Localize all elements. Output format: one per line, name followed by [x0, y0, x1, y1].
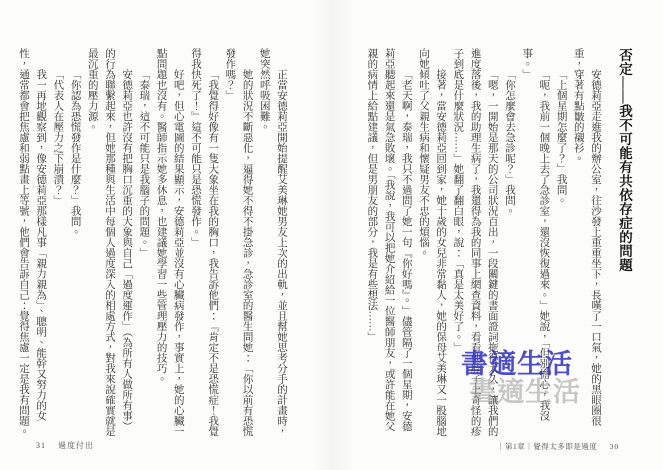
- body-paragraph: 接著，當安德莉亞回到家，她十歲的女兒非常黏人，她的保母艾美琳又一股腦地向她傾吐了…: [415, 48, 449, 438]
- body-paragraph: 「你怎麼會去急診呢？」我問。: [501, 48, 518, 438]
- running-book-title: 過度付出: [58, 441, 94, 450]
- body-paragraph: 安德莉亞走進我的辦公室，往沙發上重重坐下，長嘆了一口氣，她的黑眼圈很重，穿著有點…: [570, 48, 604, 438]
- body-paragraph: 「你認為恐慌發作是什麼？」我問。: [66, 48, 83, 438]
- book-scan-spread: 否定——我不可能有共依存症的問題 安德莉亞走進我的辦公室，往沙發上重重坐下，長嘆…: [0, 0, 663, 470]
- right-page-text-block: 否定——我不可能有共依存症的問題 安德莉亞走進我的辦公室，往沙發上重重坐下，長嘆…: [341, 48, 635, 438]
- page-number: 30: [610, 442, 620, 451]
- body-paragraph: 「老天啊，泰瑞，我只不過問了她一句『你好嗎』。」儘管隔了一個星期，安德莉亞聽起來…: [363, 48, 415, 438]
- body-paragraph: 我一再地觀察到，像安德莉亞那樣凡事「親力親為」、聰明、能幹又努力的女性，通常都會…: [15, 48, 49, 438]
- section-heading: 否定——我不可能有共依存症的問題: [613, 48, 635, 438]
- left-page-text-block: 正當安德莉亞開始提醒艾美琳她男友上次的出軌，並且幫她思考分手的計畫時，她突然呼吸…: [18, 48, 290, 438]
- body-paragraph: 「代表人在壓力之下崩潰？」: [49, 48, 66, 438]
- body-paragraph: 好吧，但心電圖的結果顯示，安德莉亞並沒有心臟病發作，事實上，她的心臟一點問題也沒…: [152, 48, 186, 438]
- left-page-footer: 31 過度付出: [36, 440, 94, 451]
- body-paragraph: 正當安德莉亞開始提醒艾美琳她男友上次的出軌，並且幫她思考分手的計畫時，她突然呼吸…: [256, 48, 290, 438]
- body-paragraph: 「呃，我前一個晚上去了急診室，還沒恢復過來。」她說，「但別擔心，我沒事。」: [518, 48, 552, 438]
- body-paragraph: 「上個星期怎麼了？」我問。: [552, 48, 569, 438]
- body-paragraph: 安德莉亞也許沒有把胸口沉重的大象與自己「過度運作」（為所有人做所有事）的行為聯繫…: [84, 48, 136, 438]
- page-number: 31: [36, 441, 46, 450]
- body-paragraph: 「泰瑞，這不可能只是我腦子的問題。」: [135, 48, 152, 438]
- body-paragraph: 「我覺得好像有一隻大象坐在我的胸口，我告訴他們：『肯定不是恐慌症！我覺得我快死了…: [187, 48, 221, 438]
- body-paragraph: 「嗯，一開始是那天的公司狀況百出，一段關鍵的書面證詞拖得太久，讓我們的進度落後，…: [449, 48, 501, 438]
- running-chapter-title: ｜第1章｜覺得太多即是過度: [497, 442, 597, 451]
- right-page-footer: ｜第1章｜覺得太多即是過度 30: [497, 441, 619, 452]
- body-paragraph: 她的狀況不斷惡化，逼得她不得不掛急診，急診室的醫生問她：「你以前有恐慌發作嗎？」: [221, 48, 255, 438]
